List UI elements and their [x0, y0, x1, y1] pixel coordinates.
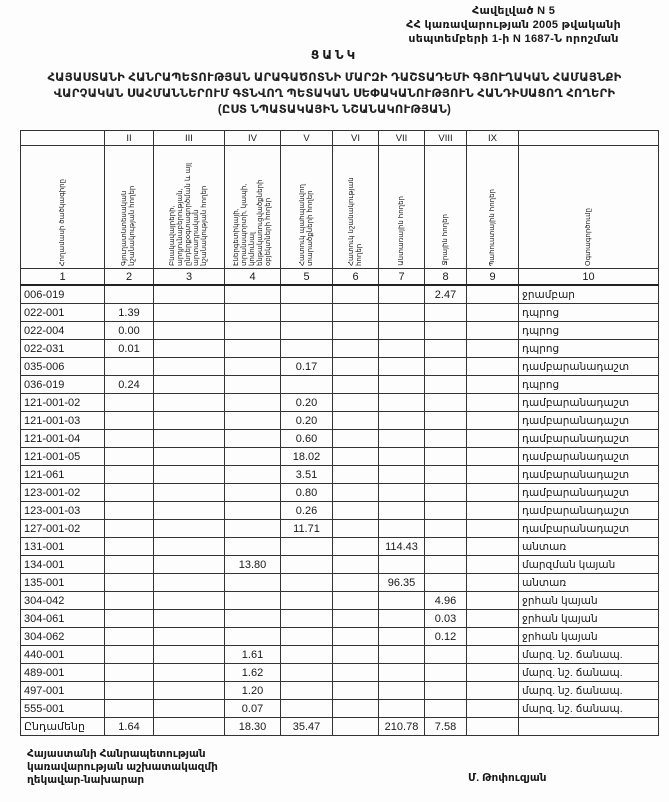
- area-value: [379, 322, 425, 340]
- area-value: [105, 430, 154, 448]
- area-value: [225, 520, 281, 538]
- column-index: 9: [467, 269, 519, 286]
- table-row: 121-001-0518.02դամբարանադաշտ: [21, 448, 659, 466]
- area-value: [154, 322, 225, 340]
- area-value: 0.07: [225, 700, 281, 718]
- area-value: [333, 574, 379, 592]
- table-row: 555-0010.07մարզ. նշ. ճանապ.: [21, 700, 659, 718]
- area-value: [105, 628, 154, 646]
- area-value: [467, 358, 519, 376]
- parcel-code: 123-001-03: [21, 502, 105, 520]
- position-line-2: կառավարության աշխատակազմի: [27, 761, 218, 774]
- area-value: [467, 610, 519, 628]
- column-header: Ջրային հողեր: [425, 146, 467, 269]
- roman-header-row: IIIIIIVVVIVIIVIIIIX: [21, 131, 659, 146]
- area-value: [467, 340, 519, 358]
- area-value: [379, 700, 425, 718]
- area-value: [105, 574, 154, 592]
- area-value: [379, 610, 425, 628]
- position-line-3: ղեկավար-նախարար: [27, 774, 218, 787]
- column-header-label: Օգտագործումը: [585, 208, 593, 266]
- roman-header-cell: II: [105, 131, 154, 146]
- table-row: 304-0610.03ջրհան կայան: [21, 610, 659, 628]
- area-value: [379, 394, 425, 412]
- column-header-row: Հողամասի ծածկագիրըԳյուղատնտեսական նշանակ…: [21, 146, 659, 269]
- column-header: Հատուկ նշանակության հողեր: [333, 146, 379, 269]
- column-header-label: Պահուստային հողեր: [489, 189, 497, 266]
- table-row: 497-0011.20մարզ. նշ. ճանապ.: [21, 682, 659, 700]
- parcel-code: 127-001-02: [21, 520, 105, 538]
- area-value: [333, 394, 379, 412]
- area-value: [105, 646, 154, 664]
- table-row: 304-0424.96ջրհան կայան: [21, 592, 659, 610]
- parcel-code: 121-001-03: [21, 412, 105, 430]
- area-value: [467, 556, 519, 574]
- area-value: [333, 538, 379, 556]
- area-value: [425, 376, 467, 394]
- column-header: Օգտագործումը: [519, 146, 659, 269]
- roman-header-cell: V: [281, 131, 333, 146]
- land-table: IIIIIIVVVIVIIVIIIIXՀողամասի ծածկագիրըԳյո…: [20, 130, 659, 736]
- area-value: [225, 448, 281, 466]
- table-row: 440-0011.61մարզ. նշ. ճանապ.: [21, 646, 659, 664]
- area-value: [467, 682, 519, 700]
- area-value: [281, 682, 333, 700]
- total-value: 1.64: [105, 718, 154, 736]
- area-value: [154, 502, 225, 520]
- area-value: [333, 376, 379, 394]
- parcel-code: 121-001-02: [21, 394, 105, 412]
- area-value: [425, 394, 467, 412]
- table-row: 121-001-020.20դամբարանադաշտ: [21, 394, 659, 412]
- column-index: 6: [333, 269, 379, 286]
- roman-header-cell: VIII: [425, 131, 467, 146]
- table-row: 127-001-0211.71դամբարանադաշտ: [21, 520, 659, 538]
- column-index: 8: [425, 269, 467, 286]
- land-use: մարզ. նշ. ճանապ.: [519, 700, 659, 718]
- area-value: [425, 520, 467, 538]
- list-title: ՑԱՆԿ: [0, 48, 669, 62]
- area-value: [333, 502, 379, 520]
- land-use: դպրոց: [519, 304, 659, 322]
- area-value: [225, 484, 281, 502]
- area-value: [379, 682, 425, 700]
- parcel-code: 022-031: [21, 340, 105, 358]
- area-value: [333, 628, 379, 646]
- land-use: դամբարանադաշտ: [519, 430, 659, 448]
- area-value: [105, 448, 154, 466]
- area-value: [333, 412, 379, 430]
- area-value: [379, 376, 425, 394]
- area-value: [225, 376, 281, 394]
- appendix-note: Հավելված N 5 ՀՀ կառավարության 2005 թվակա…: [406, 4, 621, 46]
- total-value: 35.47: [281, 718, 333, 736]
- column-header-label: Հատուկ պահպանվող տարածքների հողեր: [299, 154, 315, 266]
- parcel-code: 121-061: [21, 466, 105, 484]
- area-value: [333, 484, 379, 502]
- area-value: [105, 538, 154, 556]
- column-index: 2: [105, 269, 154, 286]
- area-value: [333, 556, 379, 574]
- area-value: [379, 502, 425, 520]
- area-value: [425, 700, 467, 718]
- area-value: [154, 574, 225, 592]
- roman-header-cell: VI: [333, 131, 379, 146]
- column-header: Հողամասի ծածկագիրը: [21, 146, 105, 269]
- land-use: դամբարանադաշտ: [519, 448, 659, 466]
- area-value: [105, 610, 154, 628]
- area-value: [333, 304, 379, 322]
- area-value: [425, 664, 467, 682]
- area-value: [225, 358, 281, 376]
- column-header-label: Ջրային հողեր: [442, 214, 450, 266]
- area-value: [467, 628, 519, 646]
- area-value: [379, 484, 425, 502]
- area-value: [105, 502, 154, 520]
- total-value: [519, 718, 659, 736]
- signatory-name: Մ. Թոփուզյան: [468, 772, 546, 784]
- land-use: մարզ. նշ. ճանապ.: [519, 682, 659, 700]
- area-value: 0.20: [281, 412, 333, 430]
- area-value: 0.00: [105, 322, 154, 340]
- area-value: [225, 466, 281, 484]
- column-header-label: Գյուղատնտեսական նշանակության հողեր: [121, 154, 137, 266]
- roman-header-cell: [21, 131, 105, 146]
- area-value: [154, 700, 225, 718]
- appendix-line-1: Հավելված N 5: [406, 4, 621, 18]
- document-heading: ՀԱՅԱՍՏԱՆԻ ՀԱՆՐԱՊԵՏՈՒԹՅԱՆ ԱՐԱԳԱԾՈՏՆԻ ՄԱՐԶ…: [0, 70, 669, 118]
- column-index: 10: [519, 269, 659, 286]
- parcel-code: 022-004: [21, 322, 105, 340]
- land-use: դամբարանադաշտ: [519, 484, 659, 502]
- area-value: [379, 466, 425, 484]
- area-value: [333, 700, 379, 718]
- area-value: [281, 700, 333, 718]
- table-row: 123-001-020.80դամբարանադաշտ: [21, 484, 659, 502]
- parcel-code: 006-019: [21, 285, 105, 304]
- area-value: [333, 285, 379, 304]
- column-header: Պահուստային հողեր: [467, 146, 519, 269]
- area-value: [425, 646, 467, 664]
- area-value: [425, 448, 467, 466]
- area-value: 0.26: [281, 502, 333, 520]
- area-value: 1.62: [225, 664, 281, 682]
- area-value: [281, 610, 333, 628]
- area-value: [281, 304, 333, 322]
- appendix-line-2: ՀՀ կառավարության 2005 թվականի: [406, 18, 621, 32]
- table-row: 006-0192.47ջրամբար: [21, 285, 659, 304]
- table-row: 123-001-030.26դամբարանադաշտ: [21, 502, 659, 520]
- area-value: [154, 466, 225, 484]
- area-value: [425, 682, 467, 700]
- area-value: [105, 412, 154, 430]
- area-value: [225, 538, 281, 556]
- area-value: 13.80: [225, 556, 281, 574]
- table-row: 121-001-030.20դամբարանադաշտ: [21, 412, 659, 430]
- area-value: [154, 412, 225, 430]
- area-value: [281, 340, 333, 358]
- column-header: Էներգետիկայի, տրանսպորտի, կապի, կոմունալ…: [225, 146, 281, 269]
- area-value: [425, 340, 467, 358]
- column-header-label: Էներգետիկայի, տրանսպորտի, կապի, կոմունալ…: [233, 154, 273, 266]
- column-index-row: 12345678910: [21, 269, 659, 286]
- column-header-label: Անտառային հողեր: [398, 196, 406, 266]
- column-header-label: Հատուկ նշանակության հողեր: [348, 154, 364, 266]
- table-row: 035-0060.17դամբարանադաշտ: [21, 358, 659, 376]
- column-header-label: Հողամասի ծածկագիրը: [59, 179, 67, 266]
- column-index: 1: [21, 269, 105, 286]
- total-value: 7.58: [425, 718, 467, 736]
- column-header-label: Բնակավայրերի, արդյունաբերության, ընդերքօ…: [169, 154, 209, 266]
- table-row: 134-00113.80մարզման կայան: [21, 556, 659, 574]
- heading-line-2: ՎԱՐՉԱԿԱՆ ՍԱՀՄԱՆՆԵՐՈՒՄ ԳՏՆՎՈՂ ՊԵՏԱԿԱՆ ՍԵՓ…: [0, 86, 669, 102]
- area-value: [379, 592, 425, 610]
- area-value: [105, 484, 154, 502]
- column-index: 4: [225, 269, 281, 286]
- column-index: 7: [379, 269, 425, 286]
- area-value: 0.20: [281, 394, 333, 412]
- area-value: [333, 664, 379, 682]
- area-value: [467, 322, 519, 340]
- area-value: [105, 394, 154, 412]
- area-value: [105, 358, 154, 376]
- area-value: [154, 484, 225, 502]
- area-value: [425, 574, 467, 592]
- area-value: [467, 304, 519, 322]
- land-use: մարզման կայան: [519, 556, 659, 574]
- land-use: դպրոց: [519, 376, 659, 394]
- area-value: [467, 430, 519, 448]
- area-value: [333, 610, 379, 628]
- area-value: [425, 484, 467, 502]
- area-value: [225, 628, 281, 646]
- land-use: դամբարանադաշտ: [519, 520, 659, 538]
- roman-header-cell: IX: [467, 131, 519, 146]
- table-row: 131-001114.43անտառ: [21, 538, 659, 556]
- area-value: [105, 700, 154, 718]
- area-value: [467, 448, 519, 466]
- land-use: դամբարանադաշտ: [519, 394, 659, 412]
- area-value: [154, 682, 225, 700]
- area-value: [425, 304, 467, 322]
- area-value: [467, 394, 519, 412]
- area-value: [425, 430, 467, 448]
- area-value: [225, 574, 281, 592]
- area-value: [333, 466, 379, 484]
- area-value: 96.35: [379, 574, 425, 592]
- table-row: 135-00196.35անտառ: [21, 574, 659, 592]
- area-value: [467, 664, 519, 682]
- column-header: Գյուղատնտեսական նշանակության հողեր: [105, 146, 154, 269]
- area-value: [154, 520, 225, 538]
- area-value: [379, 285, 425, 304]
- area-value: [225, 394, 281, 412]
- area-value: [281, 646, 333, 664]
- area-value: 0.60: [281, 430, 333, 448]
- area-value: [225, 412, 281, 430]
- total-value: [467, 718, 519, 736]
- parcel-code: 121-001-05: [21, 448, 105, 466]
- column-index: 3: [154, 269, 225, 286]
- roman-header-cell: IV: [225, 131, 281, 146]
- area-value: [281, 574, 333, 592]
- area-value: [467, 484, 519, 502]
- area-value: [281, 285, 333, 304]
- land-use: մարզ. նշ. ճանապ.: [519, 646, 659, 664]
- area-value: [379, 358, 425, 376]
- parcel-code: 022-001: [21, 304, 105, 322]
- area-value: [467, 412, 519, 430]
- area-value: [425, 556, 467, 574]
- parcel-code: 121-001-04: [21, 430, 105, 448]
- area-value: [333, 448, 379, 466]
- roman-header-cell: VII: [379, 131, 425, 146]
- area-value: [281, 538, 333, 556]
- area-value: 3.51: [281, 466, 333, 484]
- parcel-code: 440-001: [21, 646, 105, 664]
- area-value: [225, 304, 281, 322]
- column-header: Անտառային հողեր: [379, 146, 425, 269]
- area-value: [225, 610, 281, 628]
- total-value: [333, 718, 379, 736]
- area-value: [281, 664, 333, 682]
- table-row: 022-0310.01դպրոց: [21, 340, 659, 358]
- area-value: [333, 340, 379, 358]
- position-line-1: Հայաստանի Հանրապետության: [27, 748, 218, 761]
- area-value: [154, 285, 225, 304]
- area-value: [379, 430, 425, 448]
- area-value: 1.39: [105, 304, 154, 322]
- area-value: 18.02: [281, 448, 333, 466]
- area-value: [425, 538, 467, 556]
- area-value: [154, 448, 225, 466]
- area-value: [467, 646, 519, 664]
- roman-header-cell: III: [154, 131, 225, 146]
- parcel-code: 135-001: [21, 574, 105, 592]
- area-value: [425, 466, 467, 484]
- total-value: [154, 718, 225, 736]
- land-use: ջրհան կայան: [519, 628, 659, 646]
- land-use: ջրհան կայան: [519, 610, 659, 628]
- area-value: [154, 394, 225, 412]
- area-value: [425, 358, 467, 376]
- table-row: 022-0040.00դպրոց: [21, 322, 659, 340]
- area-value: [333, 358, 379, 376]
- parcel-code: 497-001: [21, 682, 105, 700]
- area-value: [281, 376, 333, 394]
- area-value: 0.03: [425, 610, 467, 628]
- area-value: [379, 448, 425, 466]
- area-value: [379, 304, 425, 322]
- total-value: 210.78: [379, 718, 425, 736]
- area-value: [467, 538, 519, 556]
- signatory-position: Հայաստանի Հանրապետության կառավարության ա…: [27, 748, 218, 787]
- area-value: [105, 682, 154, 700]
- area-value: [105, 285, 154, 304]
- totals-row: Ընդամենը1.6418.3035.47210.787.58: [21, 718, 659, 736]
- heading-line-3: (ԸՍՏ ՆՊԱՏԱԿԱՅԻՆ ՆՇԱՆԱԿՈՒԹՅԱՆ): [0, 102, 669, 118]
- column-index: 5: [281, 269, 333, 286]
- area-value: 2.47: [425, 285, 467, 304]
- area-value: [467, 285, 519, 304]
- parcel-code: 555-001: [21, 700, 105, 718]
- area-value: [467, 376, 519, 394]
- area-value: 0.80: [281, 484, 333, 502]
- area-value: 0.17: [281, 358, 333, 376]
- area-value: [333, 646, 379, 664]
- total-value: 18.30: [225, 718, 281, 736]
- area-value: 0.01: [105, 340, 154, 358]
- area-value: [333, 430, 379, 448]
- land-use: դամբարանադաշտ: [519, 358, 659, 376]
- area-value: [225, 592, 281, 610]
- land-use: դամբարանադաշտ: [519, 502, 659, 520]
- parcel-code: 304-062: [21, 628, 105, 646]
- area-value: [333, 322, 379, 340]
- land-use: ջրհան կայան: [519, 592, 659, 610]
- appendix-line-3: սեպտեմբերի 1-ի N 1687-Ն որոշման: [406, 32, 621, 46]
- area-value: [281, 322, 333, 340]
- table-row: 304-0620.12ջրհան կայան: [21, 628, 659, 646]
- table-row: 121-001-040.60դամբարանադաշտ: [21, 430, 659, 448]
- area-value: [154, 376, 225, 394]
- area-value: [105, 592, 154, 610]
- area-value: [225, 430, 281, 448]
- area-value: [467, 466, 519, 484]
- table-row: 022-0011.39դպրոց: [21, 304, 659, 322]
- parcel-code: 035-006: [21, 358, 105, 376]
- area-value: [333, 592, 379, 610]
- parcel-code: 489-001: [21, 664, 105, 682]
- area-value: [425, 322, 467, 340]
- area-value: [154, 358, 225, 376]
- area-value: [105, 664, 154, 682]
- area-value: 4.96: [425, 592, 467, 610]
- area-value: [333, 682, 379, 700]
- land-use: մարզ. նշ. ճանապ.: [519, 664, 659, 682]
- area-value: [154, 340, 225, 358]
- area-value: [379, 412, 425, 430]
- area-value: [154, 538, 225, 556]
- land-use: դամբարանադաշտ: [519, 466, 659, 484]
- land-use: դպրոց: [519, 340, 659, 358]
- area-value: [379, 664, 425, 682]
- area-value: 1.20: [225, 682, 281, 700]
- area-value: [105, 466, 154, 484]
- land-use: անտառ: [519, 574, 659, 592]
- area-value: [467, 574, 519, 592]
- area-value: [154, 556, 225, 574]
- area-value: 1.61: [225, 646, 281, 664]
- area-value: [467, 700, 519, 718]
- area-value: [467, 520, 519, 538]
- column-header: Բնակավայրերի, արդյունաբերության, ընդերքօ…: [154, 146, 225, 269]
- land-use: անտառ: [519, 538, 659, 556]
- area-value: [225, 340, 281, 358]
- area-value: [379, 646, 425, 664]
- roman-header-cell: [519, 131, 659, 146]
- column-header: Հատուկ պահպանվող տարածքների հողեր: [281, 146, 333, 269]
- parcel-code: 304-061: [21, 610, 105, 628]
- table-row: 489-0011.62մարզ. նշ. ճանապ.: [21, 664, 659, 682]
- totals-label: Ընդամենը: [21, 718, 105, 736]
- area-value: [154, 646, 225, 664]
- area-value: [105, 556, 154, 574]
- parcel-code: 036-019: [21, 376, 105, 394]
- area-value: [225, 322, 281, 340]
- parcel-code: 131-001: [21, 538, 105, 556]
- area-value: [425, 502, 467, 520]
